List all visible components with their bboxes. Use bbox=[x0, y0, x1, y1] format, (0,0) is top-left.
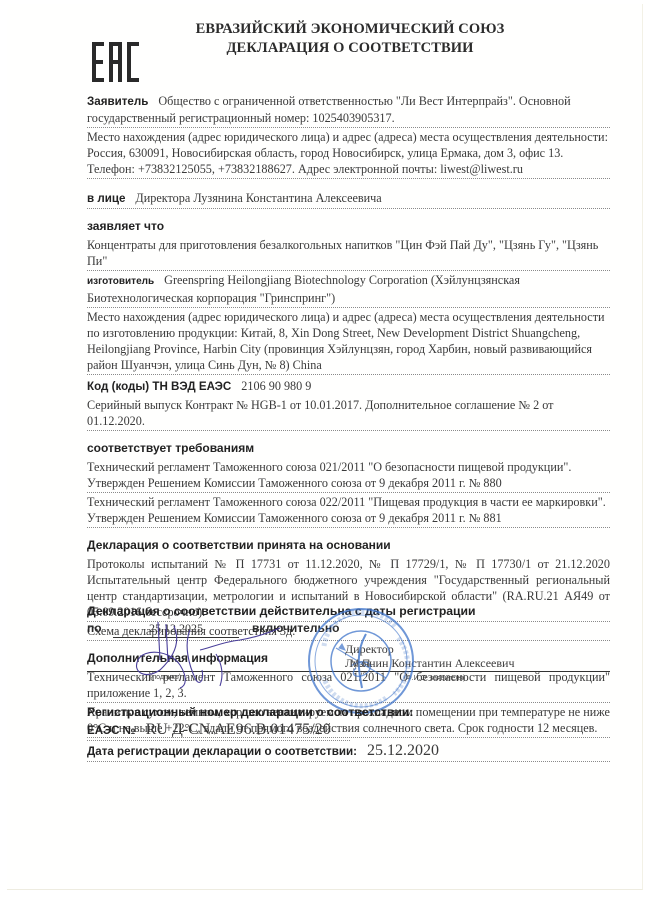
representative-label: в лице bbox=[87, 192, 125, 205]
applicant-name: Общество с ограниченной ответственностью… bbox=[87, 94, 571, 125]
registration-date: 25.12.2020 bbox=[367, 742, 439, 759]
manufacturer-row: изготовительGreenspring Heilongjiang Bio… bbox=[87, 271, 610, 308]
registration-section: Регистрационный номер декларации о соотв… bbox=[87, 705, 610, 762]
validity-po-label: по bbox=[87, 621, 102, 635]
tnved-code: 2106 90 980 9 bbox=[241, 379, 311, 393]
document-header: ЕВРАЗИЙСКИЙ ЭКОНОМИЧЕСКИЙ СОЮЗ ДЕКЛАРАЦИ… bbox=[150, 20, 550, 58]
manufacturer-address-row: Место нахождения (адрес юридического лиц… bbox=[87, 308, 610, 375]
tnved-row: Код (коды) ТН ВЭД ЕАЭС2106 90 980 9 bbox=[87, 375, 610, 396]
registration-date-row: Дата регистрации декларации о соответств… bbox=[87, 741, 610, 762]
registration-number-label: ЕАЭС № bbox=[87, 724, 136, 737]
applicant-address-row: Место нахождения (адрес юридического лиц… bbox=[87, 128, 610, 179]
manufacturer-label: изготовитель bbox=[87, 276, 154, 287]
registration-title: Регистрационный номер декларации о соотв… bbox=[87, 705, 610, 719]
requirement-item: Технический регламент Таможенного союза … bbox=[87, 458, 610, 493]
product-row: Концентраты для приготовления безалкогол… bbox=[87, 236, 610, 271]
seal-place-label: М.П. bbox=[350, 658, 373, 670]
eac-logo-icon bbox=[92, 42, 142, 82]
applicant-label: Заявитель bbox=[87, 95, 148, 108]
applicant-row: ЗаявительОбщество с ограниченной ответст… bbox=[87, 92, 610, 128]
union-title: ЕВРАЗИЙСКИЙ ЭКОНОМИЧЕСКИЙ СОЮЗ bbox=[150, 20, 550, 39]
declares-label: заявляет что bbox=[87, 218, 610, 236]
basis-label: Декларация о соответствии принята на осн… bbox=[87, 537, 610, 555]
serial-row: Серийный выпуск Контракт № HGB-1 от 10.0… bbox=[87, 396, 610, 431]
serial-info: Серийный выпуск Контракт № HGB-1 от 10.0… bbox=[87, 398, 553, 428]
applicant-email-label: Адрес электронной почты: bbox=[298, 162, 437, 176]
registration-number-row: ЕАЭС №RU Д-CN.АЕ96.В.01475/20 bbox=[87, 719, 350, 741]
requirement-text: Технический регламент Таможенного союза … bbox=[87, 495, 606, 525]
requirement-text: Технический регламент Таможенного союза … bbox=[87, 460, 571, 490]
representative-row: в лицеДиректора Лузянина Константина Але… bbox=[87, 189, 610, 209]
representative-value: Директора Лузянина Константина Алексееви… bbox=[135, 191, 381, 205]
product-name: Концентраты для приготовления безалкогол… bbox=[87, 238, 598, 268]
declaration-title: ДЕКЛАРАЦИЯ О СООТВЕТСТВИИ bbox=[150, 39, 550, 58]
tnved-label: Код (коды) ТН ВЭД ЕАЭС bbox=[87, 380, 231, 393]
manufacturer-address: Место нахождения (адрес юридического лиц… bbox=[87, 310, 605, 372]
requirement-item: Технический регламент Таможенного союза … bbox=[87, 493, 610, 528]
registration-date-label: Дата регистрации декларации о соответств… bbox=[87, 745, 357, 758]
applicant-email: liwest@liwest.ru bbox=[440, 162, 523, 176]
handwritten-signature-icon bbox=[130, 620, 320, 695]
requirements-label: соответствует требованиям bbox=[87, 440, 610, 458]
registration-number: RU Д-CN.АЕ96.В.01475/20 bbox=[146, 721, 331, 738]
